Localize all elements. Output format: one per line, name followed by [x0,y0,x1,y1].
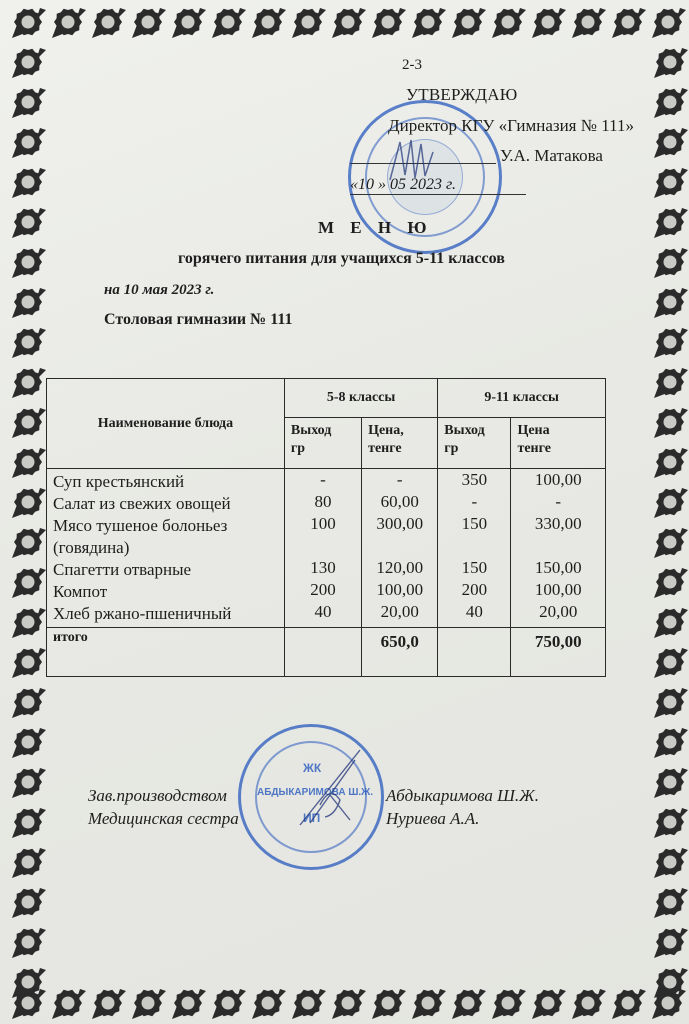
price-9-11-column: 100,00-330,00150,00100,0020,00 [511,469,606,628]
header-yield-9-11: Выходгр [438,418,511,469]
header-price-9-11: Ценатенге [511,418,606,469]
yield-9-11-column: 350-15015020040 [438,469,511,628]
cell-price-5-8: 120,00 [362,557,437,579]
cell-price-9-11: - [511,491,605,513]
header-group-9-11: 9-11 классы [438,379,606,418]
cell-price-5-8: 60,00 [362,491,437,513]
dish-name: Мясо тушеное болоньез [53,515,278,537]
cell-yield-5-8: - [285,469,361,491]
cell-yield-9-11: 150 [438,557,510,579]
header-group-5-8: 5-8 классы [284,379,437,418]
cell-price-5-8: 300,00 [362,513,437,557]
dish-name: Компот [53,581,278,603]
nurse-label: Медицинская сестра [88,809,239,829]
cell-yield-5-8: 100 [285,513,361,557]
header-dish-name: Наименование блюда [47,379,285,469]
cell-yield-5-8: 40 [285,601,361,623]
canteen-name: Столовая гимназии № 111 [104,311,292,329]
cell-price-5-8: 20,00 [362,601,437,623]
dish-name: Спагетти отварные [53,559,278,581]
dish-names-column: Суп крестьянскийСалат из свежих овощейМя… [47,469,285,628]
cell-price-9-11: 100,00 [511,579,605,601]
production-manager-name: Абдыкаримова Ш.Ж. [386,786,539,806]
menu-table: Наименование блюда 5-8 классы 9-11 класс… [46,378,606,677]
price-5-8-column: -60,00300,00120,00100,0020,00 [362,469,438,628]
signature-icon [385,130,445,190]
table-body: Суп крестьянскийСалат из свежих овощейМя… [47,469,606,628]
cell-yield-9-11: - [438,491,510,513]
header-price-5-8: Цена,тенге [362,418,438,469]
yield-5-8-column: -8010013020040 [284,469,361,628]
production-manager-label: Зав.производством [88,786,227,806]
cell-price-5-8: - [362,469,437,491]
dish-name: Салат из свежих овощей [53,493,278,515]
total-row: итого 650,0 750,00 [47,628,606,677]
dish-name: Хлеб ржано-пшеничный [53,603,278,625]
menu-subtitle: горячего питания для учащихся 5-11 класс… [178,250,505,268]
cell-yield-9-11: 350 [438,469,510,491]
cell-price-9-11: 20,00 [511,601,605,623]
dish-name: Суп крестьянский [53,471,278,493]
menu-date: на 10 мая 2023 г. [104,282,214,299]
cell-price-9-11: 100,00 [511,469,605,491]
cell-yield-5-8: 80 [285,491,361,513]
total-price-9-11: 750,00 [511,628,606,677]
total-label: итого [47,628,285,677]
cell-yield-9-11: 40 [438,601,510,623]
signature-icon [290,745,370,835]
date-underline [350,194,526,195]
document-page: 2-3 УТВЕРЖДАЮ Директор КГУ «Гимназия № 1… [0,0,689,1024]
cell-yield-5-8: 130 [285,557,361,579]
total-price-5-8: 650,0 [362,628,438,677]
cell-price-5-8: 100,00 [362,579,437,601]
cell-price-9-11: 330,00 [511,513,605,557]
cell-yield-5-8: 200 [285,579,361,601]
menu-title: М Е Н Ю [318,218,433,238]
document-number: 2-3 [402,57,422,74]
header-yield-5-8: Выходгр [284,418,361,469]
cell-yield-9-11: 150 [438,513,510,557]
cell-yield-9-11: 200 [438,579,510,601]
cell-price-9-11: 150,00 [511,557,605,579]
nurse-name: Нуриева А.А. [386,809,479,829]
director-name: У.А. Матакова [500,146,603,166]
